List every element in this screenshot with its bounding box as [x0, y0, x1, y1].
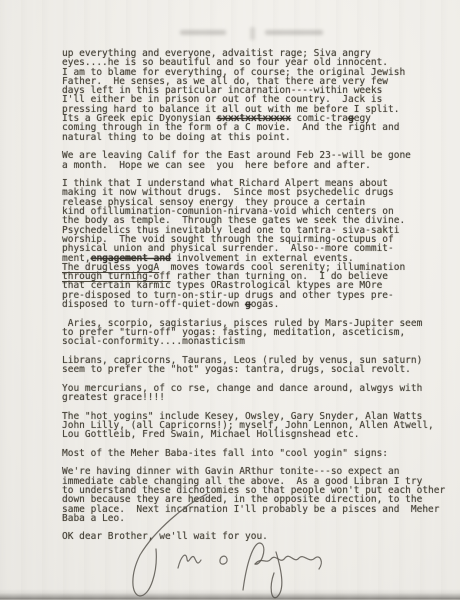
faint-header-smudge	[180, 30, 226, 35]
letter-line: a month. Hope we can see you here before…	[62, 161, 454, 170]
letter-line: social-conformity....monasticism	[62, 337, 454, 346]
paragraph: OK dear Brother, we'll wait for you.	[62, 532, 454, 541]
letter-body: up everything and everyone, advaitist ra…	[62, 49, 454, 551]
paragraph: I think that I understand what Richard A…	[62, 179, 454, 309]
paragraph: Librans, capricorns, Taurans, Leos (rule…	[62, 356, 454, 375]
paragraph: You mercurians, of co rse, change and da…	[62, 384, 454, 403]
faint-header-smudge	[265, 30, 323, 35]
letter-line: greatest grace!!!!	[62, 393, 454, 402]
paragraph: We are leaving Calif for the East around…	[62, 151, 454, 170]
paragraph: Most of the Meher Baba-ites fall into "c…	[62, 449, 454, 458]
letter-page: up everything and everyone, advaitist ra…	[0, 0, 460, 600]
page-bottom-edge-shadow	[0, 589, 460, 600]
paragraph: The "hot yogins" include Kesey, Owsley, …	[62, 412, 454, 440]
paragraph: up everything and everyone, advaitist ra…	[62, 49, 454, 142]
letter-line: seem to prefer the "hot" yogas: tantra, …	[62, 365, 454, 374]
letter-line: natural thing to be doing at this point.	[62, 133, 454, 142]
letter-line: Most of the Meher Baba-ites fall into "c…	[62, 449, 454, 458]
letter-line: Lou Gottleib, Fred Swain, Michael Hollis…	[62, 430, 454, 439]
letter-line: Baba a Leo.	[62, 514, 454, 523]
paragraph: We're having dinner with Gavin ARthur to…	[62, 467, 454, 523]
faint-header-smudge	[250, 27, 255, 40]
letter-line: OK dear Brother, we'll wait for you.	[62, 532, 454, 541]
paragraph: Aries, scorpio, sagistarius, pisces rule…	[62, 319, 454, 347]
letter-line: disposed to turn-off-quiet-down gogas.	[62, 300, 454, 309]
